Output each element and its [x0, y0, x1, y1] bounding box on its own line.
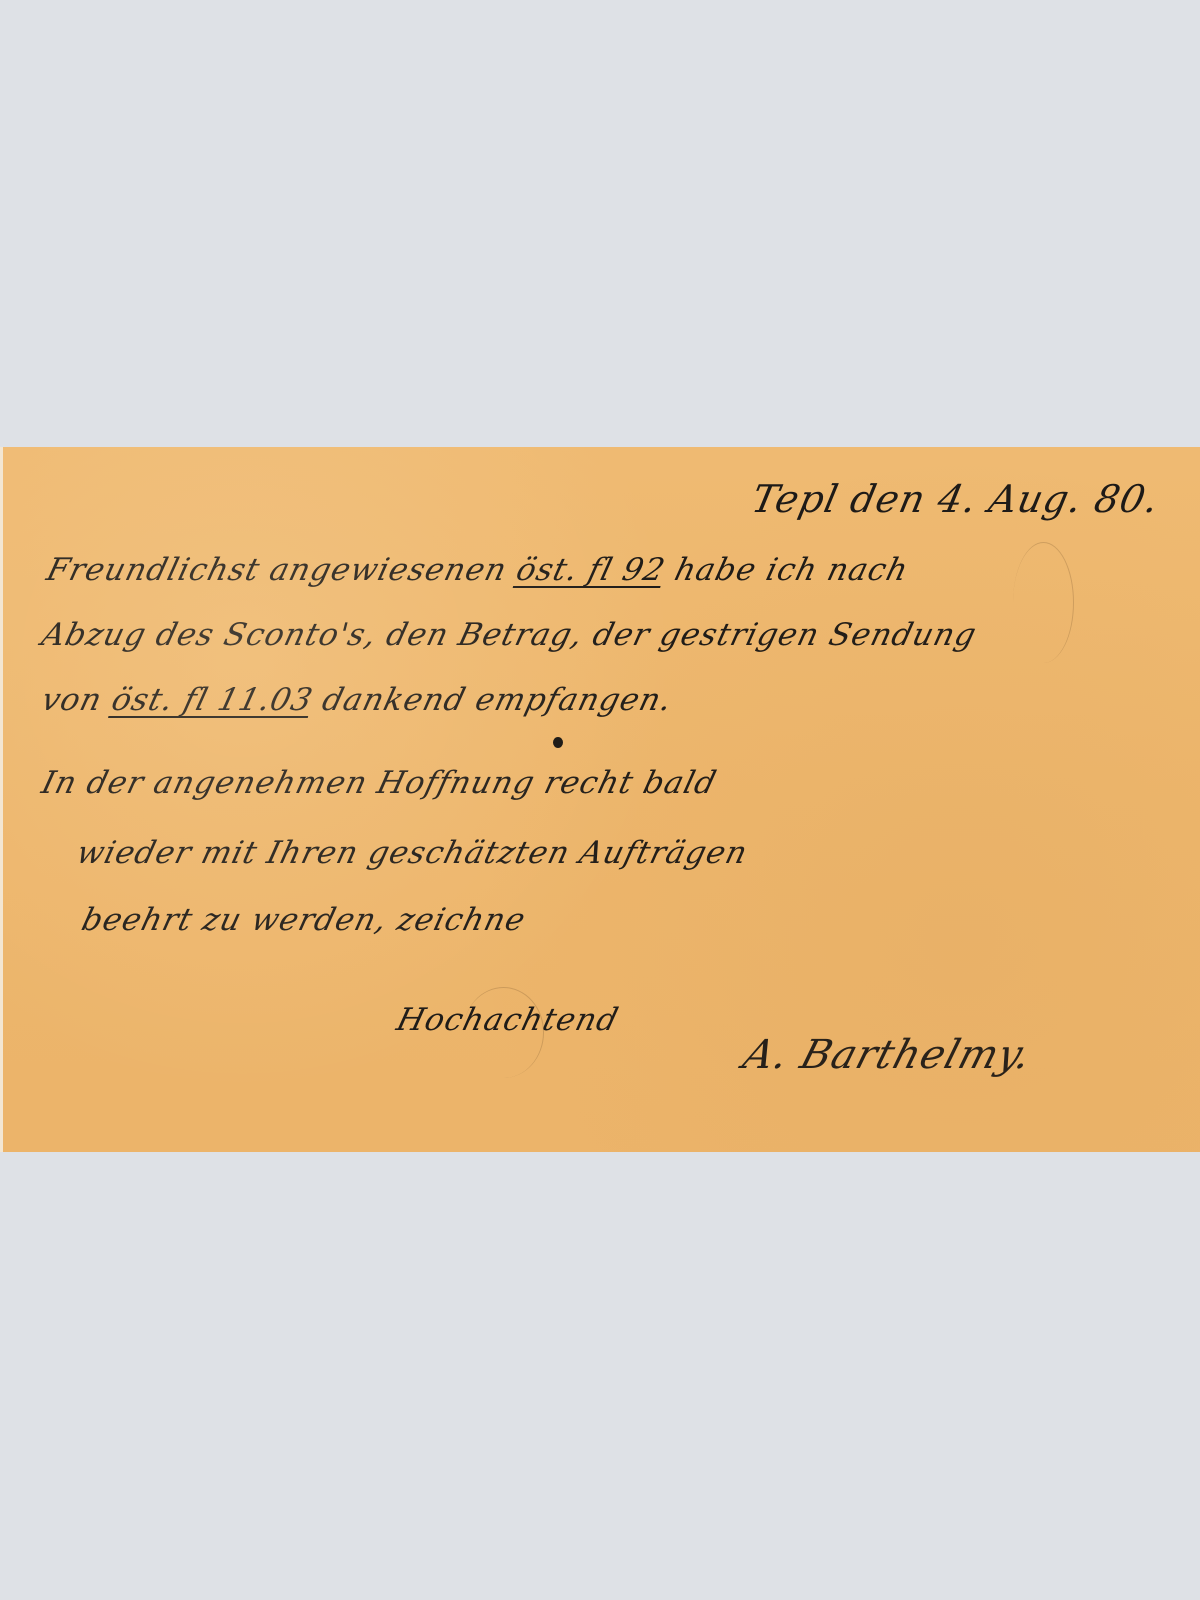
body-line-6: beehrt zu werden, zeichne: [78, 902, 530, 938]
postcard: Tepl den 4. Aug. 80. Freundlichst angewi…: [0, 447, 1200, 1152]
ink-blot: [553, 737, 563, 748]
body-line-4: In der angenehmen Hoffnung recht bald: [38, 765, 721, 801]
body-text: In der angenehmen Hoffnung recht bald: [38, 765, 721, 801]
body-text: Freundlichst angewiesenen: [43, 552, 522, 588]
amount-underlined: öst. fl 92: [513, 552, 669, 588]
signature: A. Barthelmy.: [738, 1032, 1037, 1078]
body-text: dankend empfangen.: [308, 682, 676, 718]
body-text: Abzug des Sconto's, den Betrag, der gest…: [38, 617, 980, 653]
body-line-2: Abzug des Sconto's, den Betrag, der gest…: [38, 617, 980, 653]
body-text: wieder mit Ihren geschätzten Aufträgen: [73, 835, 752, 871]
bleed-through-stroke: [463, 987, 544, 1078]
date-line: Tepl den 4. Aug. 80.: [748, 477, 1163, 521]
body-line-1: Freundlichst angewiesenen öst. fl 92 hab…: [43, 552, 912, 588]
body-line-5: wieder mit Ihren geschätzten Aufträgen: [73, 835, 752, 871]
bleed-through-stroke: [1013, 542, 1074, 663]
body-line-3: von öst. fl 11.03 dankend empfangen.: [38, 682, 676, 718]
body-text: von: [38, 682, 117, 718]
body-text: habe ich nach: [660, 552, 912, 588]
body-text: beehrt zu werden, zeichne: [78, 902, 530, 938]
amount-underlined: öst. fl 11.03: [108, 682, 317, 718]
